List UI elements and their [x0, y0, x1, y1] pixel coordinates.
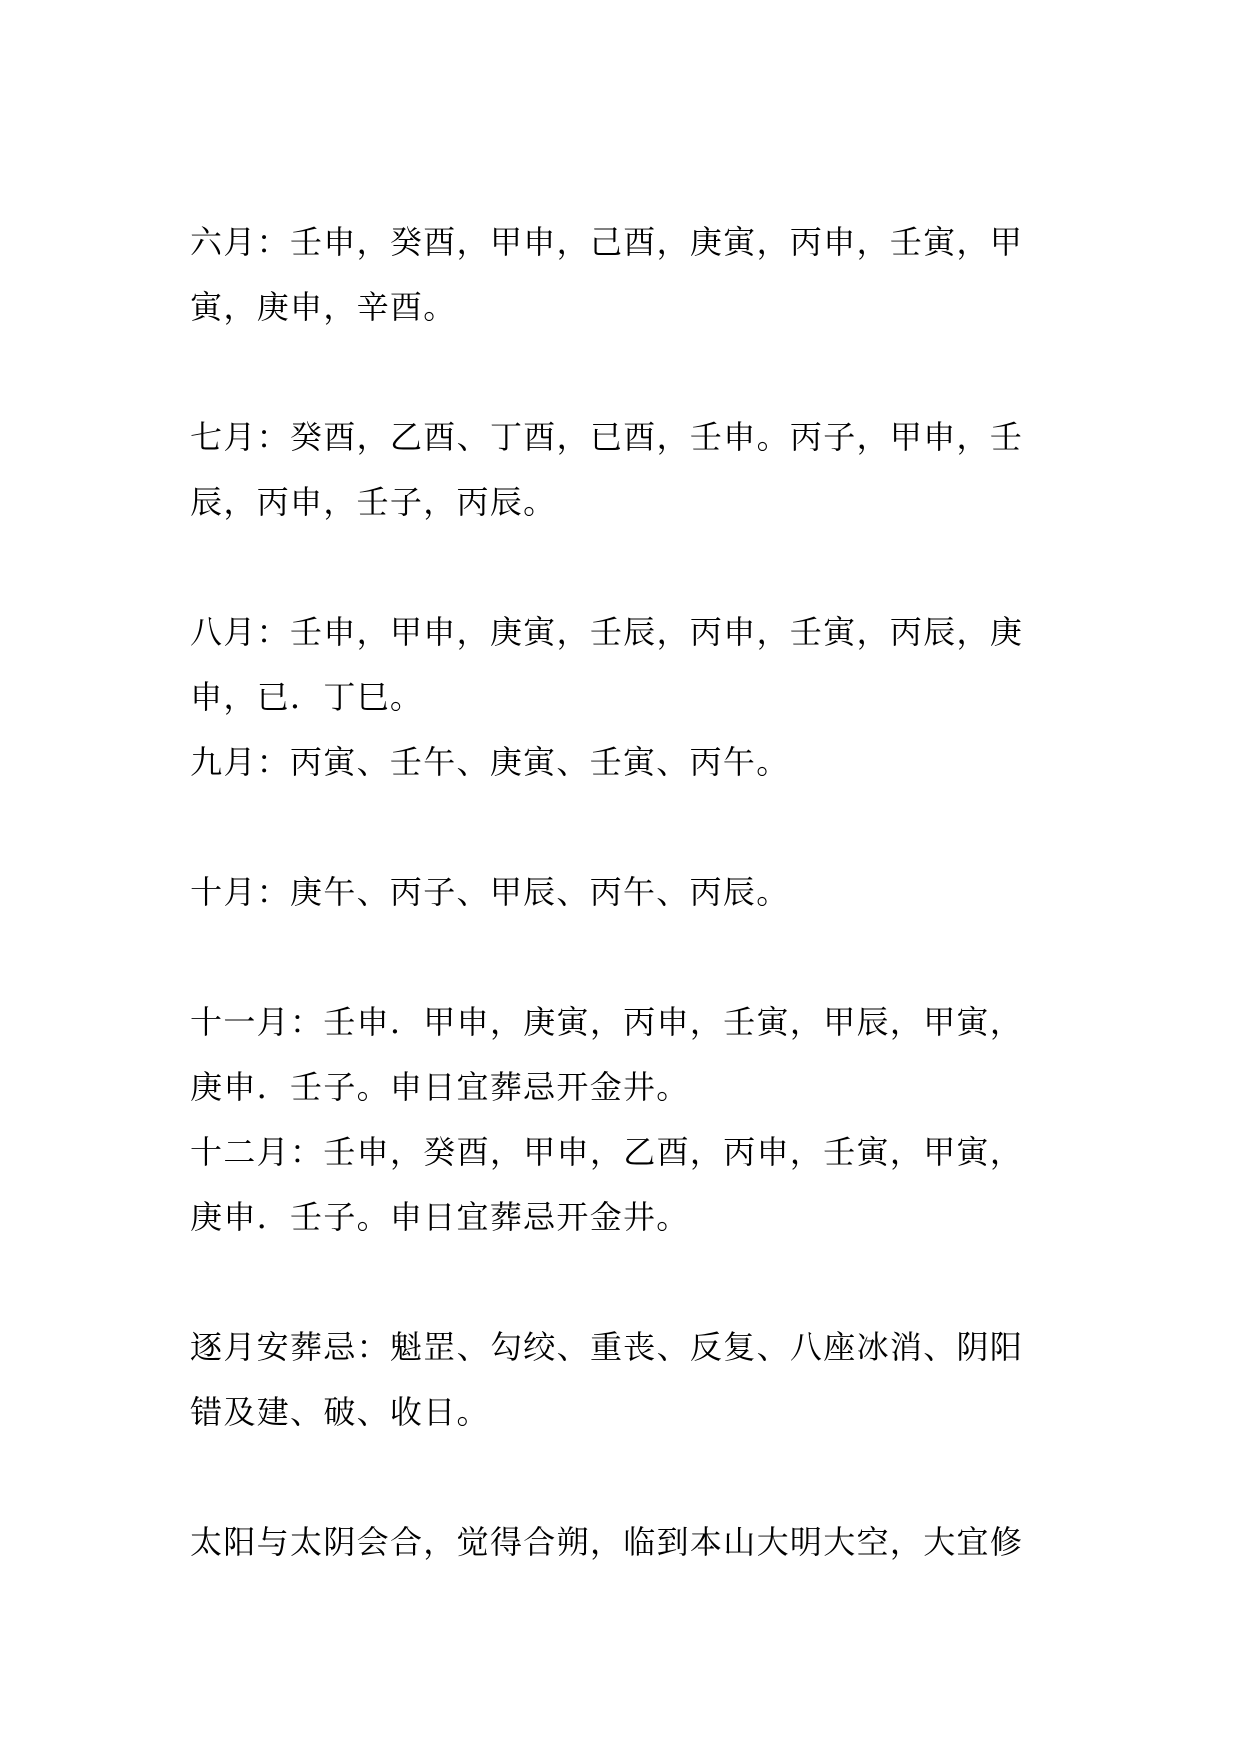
glyph: ， [657, 405, 689, 470]
glyph: 合 [523, 1510, 555, 1575]
glyph: ， [490, 990, 522, 1055]
glyph: ， [657, 600, 689, 665]
glyph: 申 [390, 1055, 423, 1120]
document-page: 六月：壬申，癸酉，甲申，己酉，庚寅，丙申，壬寅，甲 寅，庚申，辛酉。 七月：癸酉… [0, 0, 1240, 1753]
glyph: 午 [623, 860, 656, 925]
glyph: 丙 [890, 600, 922, 665]
glyph: 及 [223, 1380, 256, 1445]
paragraph-burial-taboos-line-1: 逐月安葬忌：魁罡、勾绞、重丧、反复、八座冰消、阴阳 [190, 1315, 1022, 1380]
glyph: 明 [790, 1510, 822, 1575]
glyph: 、 [290, 1380, 323, 1445]
glyph: 酉 [623, 405, 655, 470]
glyph: 阴 [323, 1510, 355, 1575]
glyph: 、 [757, 1315, 789, 1380]
glyph: 甲 [890, 405, 922, 470]
glyph: 八 [190, 600, 222, 665]
glyph: 、 [656, 730, 689, 795]
glyph: 丙 [690, 600, 722, 665]
glyph: ： [257, 730, 290, 795]
glyph: 、 [557, 1315, 589, 1380]
glyph: ， [690, 1120, 722, 1185]
glyph: 得 [490, 1510, 522, 1575]
glyph: 、 [356, 860, 389, 925]
glyph: 破 [323, 1380, 356, 1445]
glyph: 日 [423, 1380, 456, 1445]
glyph: 二 [223, 1120, 255, 1185]
glyph: 甲 [990, 210, 1022, 275]
glyph: 收 [390, 1380, 423, 1445]
glyph: 壬 [290, 210, 322, 275]
glyph: 太 [290, 1510, 322, 1575]
glyph: 大 [757, 1510, 789, 1575]
glyph: 申 [357, 1120, 389, 1185]
glyph: 丙 [689, 860, 722, 925]
glyph: 冰 [857, 1315, 889, 1380]
glyph: ， [323, 470, 356, 535]
paragraph-june-line-2: 寅，庚申，辛酉。 [190, 275, 1022, 340]
glyph: 到 [657, 1510, 689, 1575]
paragraph-september-line-1: 九月：丙寅、壬午、庚寅、壬寅、丙午。 [190, 730, 1022, 795]
glyph: 丙 [590, 860, 623, 925]
glyph: 子 [323, 1185, 356, 1250]
glyph: 申 [290, 470, 323, 535]
glyph: 、 [556, 730, 589, 795]
paragraph-spacer [190, 925, 1022, 990]
glyph: 忌 [523, 1185, 556, 1250]
glyph: ． [257, 1055, 290, 1120]
glyph: 。 [656, 1185, 689, 1250]
glyph: 合 [390, 1510, 422, 1575]
glyph: 酉 [623, 210, 655, 275]
glyph: 巳 [356, 665, 389, 730]
glyph: 井 [623, 1185, 656, 1250]
glyph: 。 [656, 1055, 689, 1120]
glyph: 开 [556, 1185, 589, 1250]
glyph: 辰 [857, 990, 889, 1055]
glyph: 壬 [390, 730, 423, 795]
glyph: 大 [823, 1510, 855, 1575]
glyph: 、 [556, 860, 589, 925]
glyph: 申 [523, 210, 555, 275]
glyph: ， [890, 1120, 922, 1185]
glyph: ， [357, 405, 389, 470]
glyph: ， [957, 600, 989, 665]
glyph: 寅 [957, 990, 989, 1055]
glyph: 日 [423, 1185, 456, 1250]
glyph: 庚 [190, 1185, 223, 1250]
glyph: 庚 [490, 600, 522, 665]
glyph: 壬 [990, 405, 1022, 470]
glyph: 。 [757, 405, 789, 470]
glyph: 十 [190, 860, 223, 925]
paragraph-july-line-1: 七月：癸酉，乙酉、丁酉，已酉，壬申。丙子，甲申，壬 [190, 405, 1022, 470]
glyph: ： [290, 990, 322, 1055]
paragraph-spacer [190, 1445, 1022, 1510]
glyph: 、 [923, 1315, 955, 1380]
glyph: 勾 [490, 1315, 522, 1380]
paragraph-august-line-2: 申，已．丁巳。 [190, 665, 1022, 730]
paragraph-november-line-1: 十一月：壬申．甲申，庚寅，丙申，壬寅，甲辰，甲寅， [190, 990, 1022, 1055]
glyph: 月 [223, 210, 255, 275]
glyph: 、 [456, 860, 489, 925]
glyph: 寅 [957, 1120, 989, 1185]
glyph: 申 [290, 275, 323, 340]
glyph: 丁 [323, 665, 356, 730]
glyph: 甲 [923, 990, 955, 1055]
glyph: 癸 [390, 210, 422, 275]
glyph: 会 [357, 1510, 389, 1575]
glyph: 壬 [290, 1185, 323, 1250]
glyph: ， [857, 405, 889, 470]
glyph: 寅 [557, 990, 589, 1055]
glyph: 开 [556, 1055, 589, 1120]
glyph: ： [257, 405, 289, 470]
glyph: 。 [756, 730, 789, 795]
paragraph-december-line-2: 庚申．壬子。申日宜葬忌开金井。 [190, 1185, 1022, 1250]
glyph: 宜 [456, 1055, 489, 1120]
glyph: 、 [456, 730, 489, 795]
glyph: 庚 [690, 210, 722, 275]
glyph: 大 [923, 1510, 955, 1575]
glyph: 寅 [623, 730, 656, 795]
glyph: 宜 [456, 1185, 489, 1250]
glyph: 十 [190, 1120, 222, 1185]
glyph: ， [323, 275, 356, 340]
glyph: 忌 [523, 1055, 556, 1120]
glyph: 。 [756, 860, 789, 925]
glyph: 子 [390, 470, 423, 535]
glyph: ， [657, 210, 689, 275]
glyph: 甲 [390, 600, 422, 665]
glyph: 丙 [456, 470, 489, 535]
glyph: 酉 [523, 405, 555, 470]
glyph: 金 [590, 1185, 623, 1250]
glyph: 寅 [823, 600, 855, 665]
glyph: 罡 [423, 1315, 455, 1380]
glyph: 月 [223, 405, 255, 470]
glyph: 壬 [590, 600, 622, 665]
glyph: 丙 [390, 860, 423, 925]
glyph: 申 [190, 665, 223, 730]
glyph: ， [990, 990, 1022, 1055]
glyph: 辰 [923, 600, 955, 665]
glyph: 阳 [990, 1315, 1022, 1380]
glyph: 。 [456, 1380, 489, 1445]
glyph: 申 [223, 1055, 256, 1120]
glyph: ， [690, 990, 722, 1055]
glyph: ， [757, 210, 789, 275]
glyph: 壬 [723, 990, 755, 1055]
glyph: 庚 [257, 275, 290, 340]
glyph: 庚 [523, 990, 555, 1055]
glyph: 丙 [290, 730, 323, 795]
glyph: 午 [323, 860, 356, 925]
glyph: 阳 [223, 1510, 255, 1575]
glyph: ， [557, 210, 589, 275]
glyph: ， [857, 210, 889, 275]
glyph: 丙 [790, 210, 822, 275]
glyph: 酉 [457, 1120, 489, 1185]
glyph: 申 [823, 210, 855, 275]
glyph: 丙 [623, 990, 655, 1055]
glyph: ， [357, 210, 389, 275]
glyph: ， [457, 210, 489, 275]
glyph: ， [457, 600, 489, 665]
glyph: 朔 [557, 1510, 589, 1575]
glyph: 与 [257, 1510, 289, 1575]
glyph: 申 [657, 990, 689, 1055]
glyph: 、 [457, 1315, 489, 1380]
glyph: ： [257, 860, 290, 925]
glyph: ． [390, 990, 422, 1055]
glyph: 酉 [657, 1120, 689, 1185]
glyph: 十 [190, 990, 222, 1055]
glyph: ： [257, 210, 289, 275]
glyph: ， [357, 600, 389, 665]
glyph: 修 [990, 1510, 1022, 1575]
glyph: 癸 [290, 405, 322, 470]
glyph: 已 [257, 665, 290, 730]
paragraph-spacer [190, 1250, 1022, 1315]
glyph: 寅 [923, 210, 955, 275]
glyph: 壬 [790, 600, 822, 665]
glyph: 寅 [857, 1120, 889, 1185]
glyph: ． [290, 665, 323, 730]
glyph: 酉 [390, 275, 423, 340]
glyph: 一 [223, 990, 255, 1055]
glyph: ， [890, 990, 922, 1055]
glyph: 安 [257, 1315, 289, 1380]
glyph: 壬 [590, 730, 623, 795]
glyph: 葬 [290, 1315, 322, 1380]
glyph: 错 [190, 1380, 223, 1445]
glyph: 申 [723, 405, 755, 470]
glyph: ， [390, 1120, 422, 1185]
glyph: 、 [657, 1315, 689, 1380]
glyph: 辰 [723, 860, 756, 925]
glyph: 甲 [523, 1120, 555, 1185]
glyph: 宜 [957, 1510, 989, 1575]
glyph: ， [790, 1120, 822, 1185]
glyph: 子 [823, 405, 855, 470]
glyph: 申 [423, 600, 455, 665]
glyph: 月 [223, 1315, 255, 1380]
glyph: ． [257, 1185, 290, 1250]
glyph: 八 [790, 1315, 822, 1380]
glyph: ： [257, 600, 289, 665]
glyph: ， [590, 1510, 622, 1575]
glyph: 寅 [757, 990, 789, 1055]
glyph: 月 [223, 600, 255, 665]
glyph: 壬 [290, 600, 322, 665]
glyph: 壬 [890, 210, 922, 275]
glyph: 丙 [689, 730, 722, 795]
glyph: 。 [523, 470, 556, 535]
glyph: 寅 [323, 730, 356, 795]
glyph: 寅 [723, 210, 755, 275]
glyph: 壬 [356, 470, 389, 535]
glyph: 月 [223, 860, 256, 925]
glyph: 逐 [190, 1315, 222, 1380]
glyph: 、 [356, 1380, 389, 1445]
glyph: 酉 [323, 405, 355, 470]
paragraph-august-line-1: 八月：壬申，甲申，庚寅，壬辰，丙申，壬寅，丙辰，庚 [190, 600, 1022, 665]
glyph: 庚 [490, 730, 523, 795]
glyph: 辰 [623, 600, 655, 665]
glyph: ， [423, 470, 456, 535]
glyph: ， [957, 405, 989, 470]
glyph: 复 [723, 1315, 755, 1380]
paragraph-october-line-1: 十月：庚午、丙子、甲辰、丙午、丙辰。 [190, 860, 1022, 925]
glyph: ， [223, 665, 256, 730]
glyph: 申 [923, 405, 955, 470]
glyph: 。 [356, 1055, 389, 1120]
paragraph-spacer [190, 340, 1022, 405]
glyph: ， [490, 1120, 522, 1185]
glyph: 癸 [423, 1120, 455, 1185]
glyph: 。 [423, 275, 456, 340]
glyph: 寅 [523, 730, 556, 795]
glyph: 申 [723, 600, 755, 665]
glyph: 、 [656, 860, 689, 925]
glyph: 山 [723, 1510, 755, 1575]
glyph: 庚 [190, 1055, 223, 1120]
glyph: 、 [457, 405, 489, 470]
glyph: 申 [357, 990, 389, 1055]
paragraph-july-line-2: 辰，丙申，壬子，丙辰。 [190, 470, 1022, 535]
glyph: 消 [890, 1315, 922, 1380]
glyph: 寅 [190, 275, 223, 340]
glyph: 绞 [523, 1315, 555, 1380]
glyph: ， [990, 1120, 1022, 1185]
glyph: 七 [190, 405, 222, 470]
glyph: 壬 [323, 1120, 355, 1185]
glyph: 酉 [423, 210, 455, 275]
glyph: ， [757, 600, 789, 665]
glyph: 九 [190, 730, 223, 795]
glyph: 丙 [790, 405, 822, 470]
glyph: 甲 [423, 990, 455, 1055]
glyph: 壬 [323, 990, 355, 1055]
glyph: 月 [223, 730, 256, 795]
glyph: 本 [690, 1510, 722, 1575]
glyph: ， [557, 405, 589, 470]
glyph: 甲 [823, 990, 855, 1055]
glyph: 午 [423, 730, 456, 795]
paragraph-december-line-1: 十二月：壬申，癸酉，甲申，乙酉，丙申，壬寅，甲寅， [190, 1120, 1022, 1185]
glyph: ， [790, 990, 822, 1055]
glyph: 甲 [490, 860, 523, 925]
glyph: 子 [423, 860, 456, 925]
glyph: 丧 [623, 1315, 655, 1380]
glyph: 申 [323, 600, 355, 665]
glyph: 乙 [390, 405, 422, 470]
paragraph-burial-taboos-line-2: 错及建、破、收日。 [190, 1380, 1022, 1445]
glyph: 辛 [356, 275, 389, 340]
glyph: ， [890, 1510, 922, 1575]
glyph: 壬 [823, 1120, 855, 1185]
glyph: 已 [590, 405, 622, 470]
glyph: 丙 [723, 1120, 755, 1185]
glyph: ， [957, 210, 989, 275]
glyph: 太 [190, 1510, 222, 1575]
glyph: 建 [257, 1380, 290, 1445]
glyph: 己 [590, 210, 622, 275]
glyph: 辰 [523, 860, 556, 925]
glyph: 重 [590, 1315, 622, 1380]
glyph: 、 [356, 730, 389, 795]
paragraph-november-line-2: 庚申．壬子。申日宜葬忌开金井。 [190, 1055, 1022, 1120]
glyph: 座 [823, 1315, 855, 1380]
glyph: 葬 [490, 1055, 523, 1120]
glyph: ， [857, 600, 889, 665]
glyph: ， [423, 1510, 455, 1575]
glyph: 申 [323, 210, 355, 275]
glyph: 丙 [257, 470, 290, 535]
glyph: 申 [390, 1185, 423, 1250]
glyph: 申 [223, 1185, 256, 1250]
glyph: 申 [557, 1120, 589, 1185]
glyph: 酉 [423, 405, 455, 470]
paragraph-june-line-1: 六月：壬申，癸酉，甲申，己酉，庚寅，丙申，壬寅，甲 [190, 210, 1022, 275]
glyph: 金 [590, 1055, 623, 1120]
glyph: 子 [323, 1055, 356, 1120]
glyph: 阴 [957, 1315, 989, 1380]
glyph: 申 [757, 1120, 789, 1185]
glyph: 临 [623, 1510, 655, 1575]
paragraph-spacer [190, 535, 1022, 600]
glyph: 井 [623, 1055, 656, 1120]
glyph: ， [223, 275, 256, 340]
glyph: 壬 [290, 1055, 323, 1120]
glyph: 庚 [290, 860, 323, 925]
glyph: 日 [423, 1055, 456, 1120]
glyph: 。 [390, 665, 423, 730]
paragraph-spacer [190, 795, 1022, 860]
glyph: 壬 [690, 405, 722, 470]
glyph: ： [357, 1315, 389, 1380]
glyph: 六 [190, 210, 222, 275]
paragraph-sun-moon-line-1: 太阳与太阴会合，觉得合朔，临到本山大明大空，大宜修 [190, 1510, 1022, 1575]
glyph: 辰 [490, 470, 523, 535]
glyph: 乙 [623, 1120, 655, 1185]
glyph: 申 [457, 990, 489, 1055]
glyph: 葬 [490, 1185, 523, 1250]
glyph: 寅 [523, 600, 555, 665]
glyph: 丁 [490, 405, 522, 470]
glyph: 庚 [990, 600, 1022, 665]
glyph: 空 [857, 1510, 889, 1575]
glyph: ， [590, 990, 622, 1055]
document-body: 六月：壬申，癸酉，甲申，己酉，庚寅，丙申，壬寅，甲 寅，庚申，辛酉。 七月：癸酉… [190, 210, 1022, 1575]
glyph: 甲 [923, 1120, 955, 1185]
glyph: 。 [356, 1185, 389, 1250]
glyph: ， [223, 470, 256, 535]
glyph: 午 [723, 730, 756, 795]
glyph: 觉 [457, 1510, 489, 1575]
glyph: ， [590, 1120, 622, 1185]
glyph: 月 [257, 990, 289, 1055]
glyph: ： [290, 1120, 322, 1185]
glyph: 反 [690, 1315, 722, 1380]
glyph: 魁 [390, 1315, 422, 1380]
glyph: ， [557, 600, 589, 665]
glyph: 月 [257, 1120, 289, 1185]
glyph: 辰 [190, 470, 223, 535]
glyph: 甲 [490, 210, 522, 275]
glyph: 忌 [323, 1315, 355, 1380]
